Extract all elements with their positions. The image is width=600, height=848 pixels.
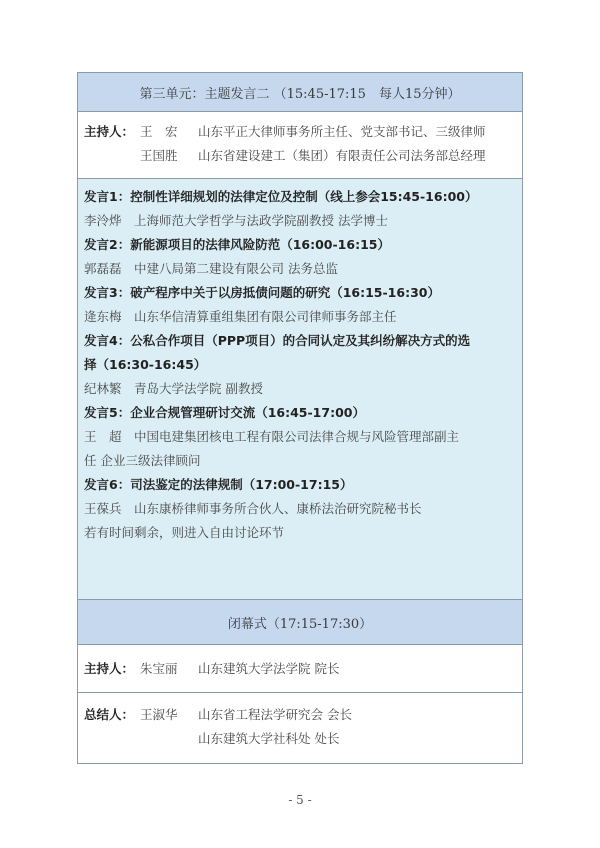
host-title: 山东省建设建工（集团）有限责任公司法务部总经理 (198, 148, 486, 163)
summary-title: 山东建筑大学社科处 处长 (198, 731, 339, 746)
talk-speaker-cont: 任 企业三级法律顾问 (84, 449, 516, 473)
unit3-hosts: 主持人：王 宏山东平正大律师事务所主任、党支部书记、三级律师 王国胜山东省建设建… (78, 112, 522, 179)
host-name: 朱宝丽 (140, 657, 198, 681)
summary-name: 王淑华 (140, 703, 198, 727)
closing-header-text: 闭幕式（17:15-17:30） (228, 613, 372, 632)
talk-title: 发言6：司法鉴定的法律规制（17:00-17:15） (84, 473, 516, 497)
talk-title: 发言3：破产程序中关于以房抵债问题的研究（16:15-16:30） (84, 281, 516, 305)
talk-speaker: 郭磊磊 中建八局第二建设有限公司 法务总监 (84, 257, 516, 281)
talk-speaker: 逄东梅 山东华信清算重组集团有限公司律师事务部主任 (84, 305, 516, 329)
page-number: - 5 - (0, 793, 600, 807)
summary-label: 总结人： (84, 703, 140, 727)
talk-speaker: 李泠烨 上海师范大学哲学与法政学院副教授 法学博士 (84, 209, 516, 233)
host-label: 主持人： (84, 657, 140, 681)
agenda-table: 第三单元：主题发言二 （15:45-17:15 每人15分钟） 主持人：王 宏山… (77, 72, 523, 764)
closing-host: 主持人：朱宝丽山东建筑大学法学院 院长 (78, 645, 522, 693)
host-title: 山东平正大律师事务所主任、党支部书记、三级律师 (198, 124, 486, 139)
unit3-talks: 发言1：控制性详细规划的法律定位及控制（线上参会15:45-16:00） 李泠烨… (78, 179, 522, 600)
talk-title: 发言4：公私合作项目（PPP项目）的合同认定及其纠纷解决方式的选 (84, 329, 516, 353)
host-label: 主持人： (84, 120, 140, 144)
talk-title: 发言2：新能源项目的法律风险防范（16:00-16:15） (84, 233, 516, 257)
talk-speaker: 王 超 中国电建集团核电工程有限公司法律合规与风险管理部副主 (84, 425, 516, 449)
unit3-header: 第三单元：主题发言二 （15:45-17:15 每人15分钟） (78, 73, 522, 112)
host-name: 王 宏 (140, 120, 198, 144)
talk-speaker: 纪林繁 青岛大学法学院 副教授 (84, 377, 516, 401)
talk-speaker: 王葆兵 山东康桥律师事务所合伙人、康桥法治研究院秘书长 (84, 497, 516, 521)
closing-header: 闭幕式（17:15-17:30） (78, 600, 522, 645)
talk-title-cont: 择（16:30-16:45） (84, 353, 516, 377)
talk-title: 发言5：企业合规管理研讨交流（16:45-17:00） (84, 401, 516, 425)
discussion-note: 若有时间剩余，则进入自由讨论环节 (84, 521, 516, 545)
closing-summary: 总结人：王淑华山东省工程法学研究会 会长 山东建筑大学社科处 处长 (78, 693, 522, 763)
host-title: 山东建筑大学法学院 院长 (198, 661, 339, 676)
host-name: 王国胜 (140, 144, 198, 168)
summary-title: 山东省工程法学研究会 会长 (198, 707, 352, 722)
talk-title: 发言1：控制性详细规划的法律定位及控制（线上参会15:45-16:00） (84, 185, 516, 209)
unit3-header-text: 第三单元：主题发言二 （15:45-17:15 每人15分钟） (140, 83, 461, 102)
